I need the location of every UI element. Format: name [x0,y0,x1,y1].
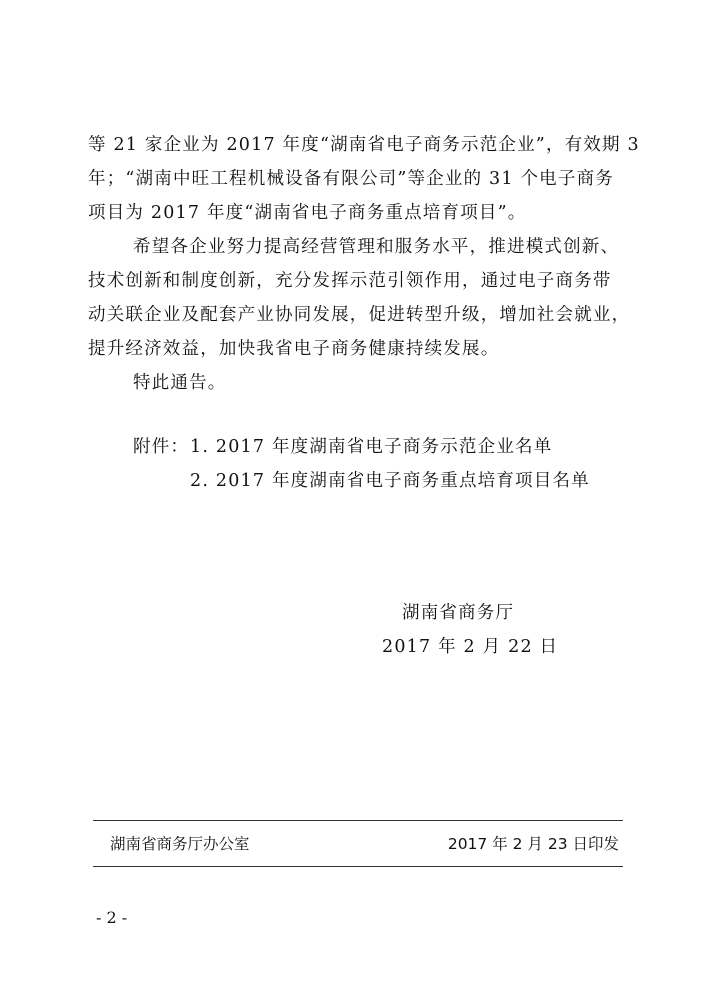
footer-bottom-rule [93,866,623,867]
footer-print-date: 2017 年 2 月 23 日印发 [448,832,619,854]
footer-top-rule [93,820,623,821]
text-line: 项目为 2017 年度“湖南省电子商务重点培育项目”。 [88,196,526,230]
text-line: 动关联企业及配套产业协同发展，促进转型升级，增加社会就业， [88,298,630,332]
closing-statement: 特此通告。 [133,366,227,400]
text-line: 提升经济效益，加快我省电子商务健康持续发展。 [88,332,499,366]
text-line: 技术创新和制度创新，充分发挥示范引领作用，通过电子商务带 [88,264,612,298]
attachments-label: 附件： [133,430,189,464]
footer-office: 湖南省商务厅办公室 [110,832,250,854]
issuer-name: 湖南省商务厅 [402,596,514,630]
text-line: 等 21 家企业为 2017 年度“湖南省电子商务示范企业”，有效期 3 [88,128,640,162]
text-line: 希望各企业努力提高经营管理和服务水平，推进模式创新、 [133,230,619,264]
text-line: 年；“湖南中旺工程机械设备有限公司”等企业的 31 个电子商务 [88,162,614,196]
attachment-item-1: 1. 2017 年度湖南省电子商务示范企业名单 [190,430,552,464]
page-number: - 2 - [96,908,127,927]
issue-date: 2017 年 2 月 22 日 [382,630,558,664]
attachment-item-2: 2. 2017 年度湖南省电子商务重点培育项目名单 [190,464,590,498]
